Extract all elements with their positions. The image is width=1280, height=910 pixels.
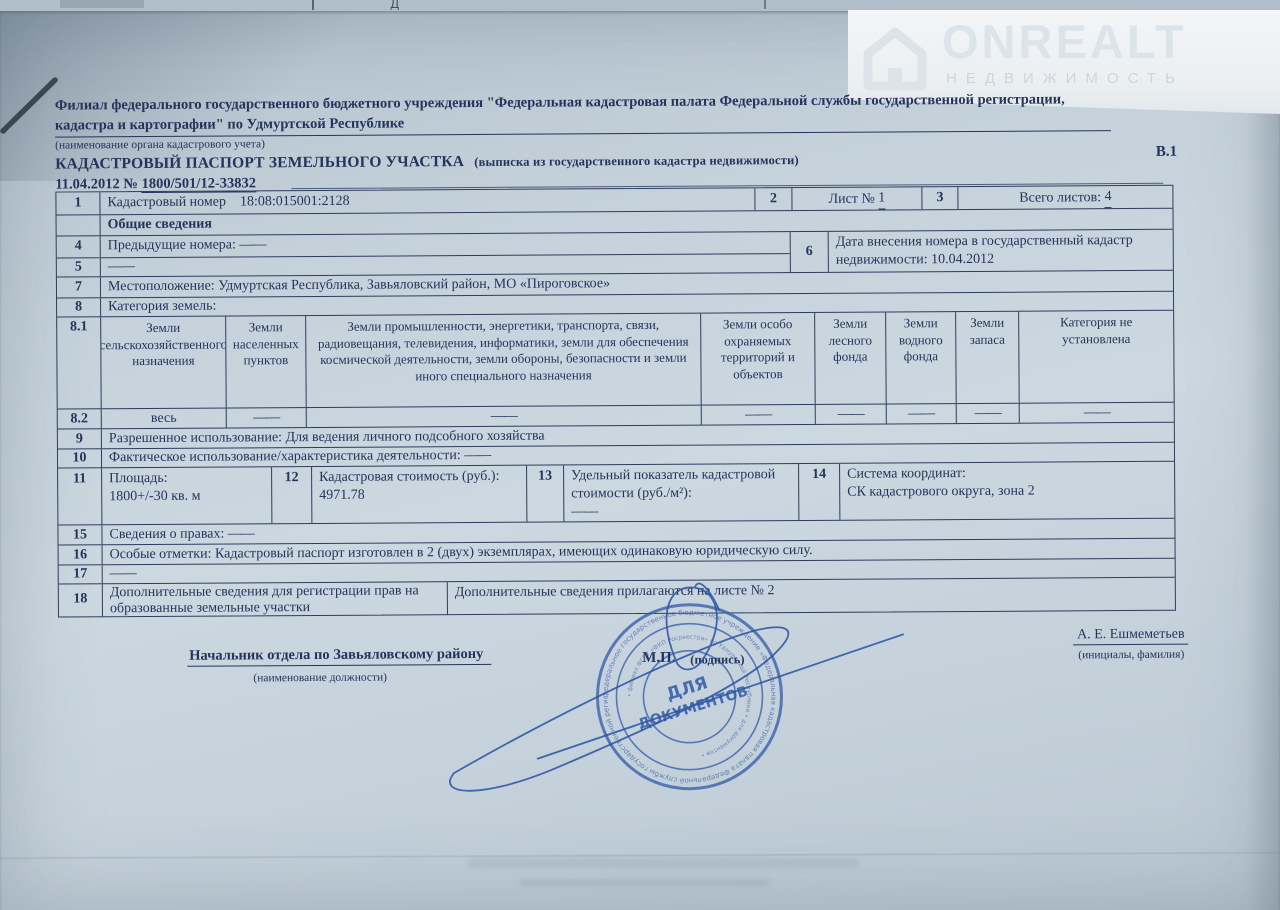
- category-value: ——: [886, 404, 956, 423]
- coordinate-system-cell: Система координат: СК кадастрового округ…: [839, 462, 1174, 520]
- row-number: 10: [58, 449, 101, 467]
- row-number: [57, 215, 100, 235]
- document-title: КАДАСТРОВЫЙ ПАСПОРТ ЗЕМЕЛЬНОГО УЧАСТКА: [55, 153, 464, 172]
- total-sheets-label: Всего листов:: [1019, 187, 1101, 209]
- registering-authority: Филиал федерального государственного бюд…: [55, 89, 1111, 137]
- row-number: 8: [57, 298, 100, 316]
- category-col-agricultural: Земли сельскохозяйственного назначения: [100, 317, 226, 409]
- cadastral-value-label: Кадастровая стоимость (руб.):: [319, 468, 519, 487]
- area-cell: Площадь: 1800+/-30 кв. м: [101, 467, 271, 524]
- category-col-forest: Земли лесного фонда: [814, 312, 886, 403]
- category-value: весь: [101, 409, 226, 429]
- cadastral-number-cell: Кадастровый номер18:08:015001:2128: [99, 188, 754, 214]
- row-number: 18: [59, 584, 102, 616]
- rights-label: Сведения о правах:: [109, 527, 224, 543]
- handwritten-signature: [401, 558, 963, 821]
- document-title-note: (выписка из государственного кадастра не…: [474, 153, 799, 169]
- row-number: 5: [57, 257, 100, 276]
- category-col-not-set: Категория не установлена: [1018, 311, 1174, 403]
- row-number: 7: [57, 277, 100, 297]
- row-number: 9: [58, 429, 101, 448]
- actual-use-value: ——: [464, 448, 490, 463]
- previous-numbers-value: ——: [239, 237, 265, 252]
- category-col-protected: Земли особо охраняемых территорий и объе…: [700, 313, 815, 405]
- cadastral-value-amount: 4971.78: [319, 486, 519, 505]
- specific-value-cell: Удельный показатель кадастровой стоимост…: [563, 464, 798, 521]
- category-value: ——: [306, 406, 701, 427]
- category-col-industry: Земли промышленности, энергетики, трансп…: [305, 314, 701, 407]
- row-number: 11: [58, 468, 101, 524]
- cadastral-number-label: Кадастровый номер: [107, 195, 226, 211]
- row-number: 2: [754, 188, 791, 210]
- row-number: 8.1: [57, 317, 101, 408]
- row-numbers-4-5: 4 5: [57, 236, 100, 276]
- row-number: 15: [58, 525, 101, 544]
- category-value: ——: [226, 408, 306, 427]
- table-rows-11-14: 11 Площадь: 1800+/-30 кв. м 12 Кадастров…: [58, 461, 1174, 525]
- row5-value: ——: [108, 259, 134, 274]
- category-col-reserve: Земли запаса: [955, 312, 1019, 403]
- coordinate-system-label: Система координат:: [847, 464, 1167, 484]
- cadastral-value-cell: Кадастровая стоимость (руб.): 4971.78: [311, 466, 526, 523]
- sheet-label: Лист №: [829, 188, 875, 209]
- table-rows-4-5-6: 4 5 Предыдущие номера: —— —— 6 Дата внес…: [57, 229, 1173, 277]
- total-sheets-cell: Всего листов: 4: [957, 186, 1172, 209]
- row-number: 8.2: [58, 409, 101, 428]
- row-number: 12: [271, 467, 311, 523]
- sheet-cell: Лист № 1: [791, 187, 921, 210]
- official-name: А. Е. Ешмеметьев: [1073, 627, 1189, 646]
- row-number: 17: [59, 565, 102, 583]
- row-number: 16: [59, 545, 102, 564]
- row-number: 13: [526, 465, 563, 521]
- row-number: 3: [921, 187, 957, 209]
- sheet-value: 1: [878, 187, 885, 209]
- previous-numbers-label: Предыдущие номера:: [108, 237, 236, 253]
- document-header: Филиал федерального государственного бюд…: [55, 89, 1174, 194]
- position-caption: (наименование должности): [253, 672, 387, 685]
- area-label: Площадь:: [109, 469, 264, 488]
- area-value: 1800+/-30 кв. м: [109, 487, 264, 506]
- coordinate-system-value: СК кадастрового округа, зона 2: [847, 482, 1167, 502]
- cadastral-number-value: 18:08:015001:2128: [240, 194, 350, 210]
- row-number: 14: [798, 464, 839, 520]
- registration-date-cell: Дата внесения номера в государственный к…: [828, 230, 1173, 272]
- row-number: 6: [790, 232, 828, 272]
- category-value: ——: [701, 405, 815, 425]
- specific-value-amount: ——: [571, 502, 791, 521]
- actual-use-label: Фактическое использование/характеристика…: [109, 448, 461, 465]
- name-caption: (инициалы, фамилия): [1078, 649, 1184, 662]
- form-code: В.1: [1156, 144, 1177, 161]
- issue-date: 11.04.2012 №: [55, 176, 138, 193]
- specific-value-label: Удельный показатель кадастровой стоимост…: [571, 466, 791, 503]
- additional-info-label: Дополнительные сведения для регистрации …: [102, 582, 447, 616]
- row-number: 1: [56, 192, 99, 214]
- rights-value: ——: [228, 526, 254, 541]
- category-col-water: Земли водного фонда: [885, 312, 956, 403]
- previous-numbers-cells: Предыдущие номера: —— ——: [100, 232, 790, 276]
- total-sheets-value: 4: [1105, 186, 1112, 208]
- category-value: ——: [1019, 403, 1174, 423]
- row-number: 4: [57, 236, 100, 257]
- table-row-8-1: 8.1 Земли сельскохозяйственного назначен…: [57, 310, 1174, 409]
- cadastral-table: 1 Кадастровый номер18:08:015001:2128 2 Л…: [55, 185, 1176, 618]
- category-col-settlements: Земли населенных пунктов: [225, 316, 306, 407]
- cadastral-passport-page: Филиал федерального государственного бюд…: [0, 0, 1280, 910]
- category-value: ——: [956, 404, 1019, 423]
- category-value: ——: [815, 404, 886, 423]
